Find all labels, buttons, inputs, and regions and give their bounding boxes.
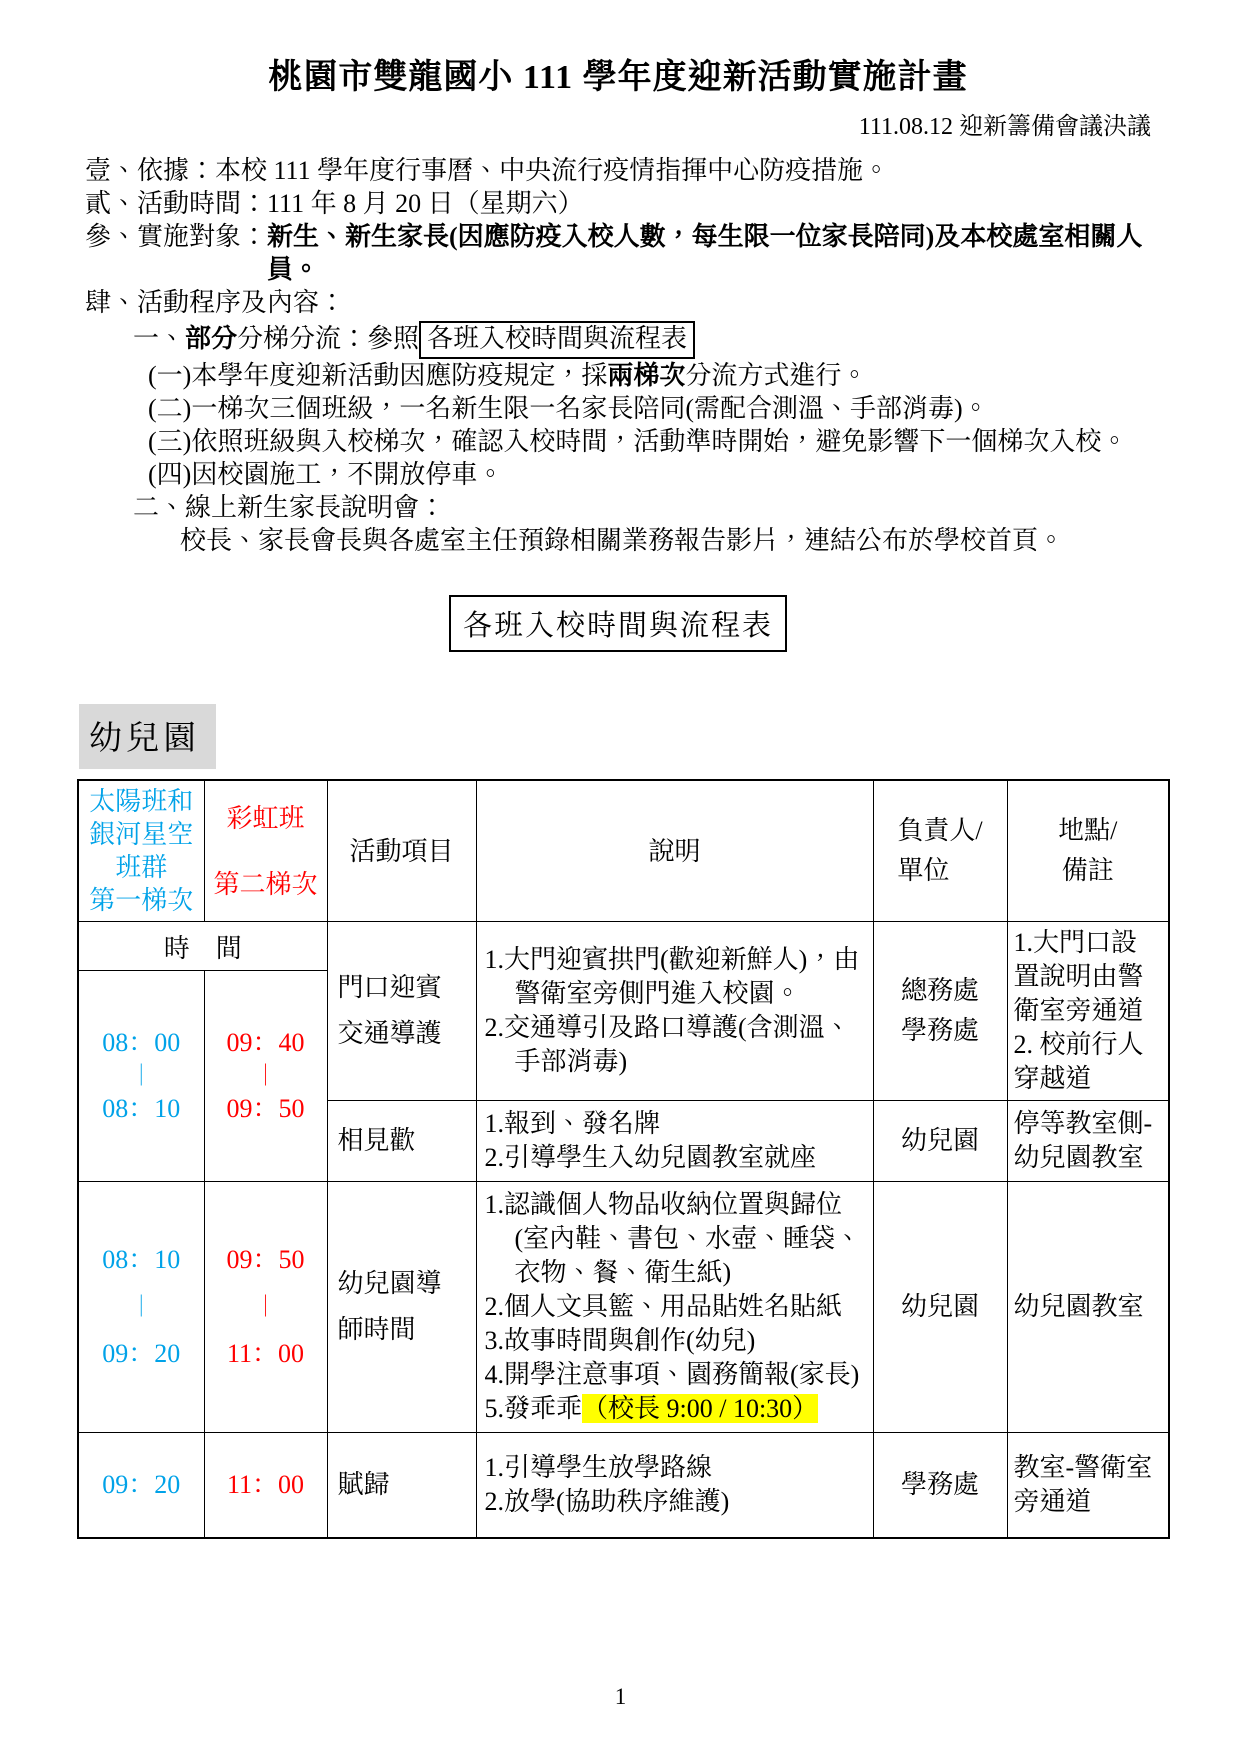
- outline-sub1-a-tail: 分流方式進行。: [685, 361, 867, 390]
- activity-cell-return: 賦歸: [327, 1433, 476, 1538]
- time-cell-slot1-batch1: 08：00 ｜ 08：10: [78, 971, 204, 1182]
- time-start: 09：50: [226, 1245, 304, 1274]
- desc-item: 1.報到、發名牌: [485, 1107, 867, 1141]
- outline-sub1-a: (一)本學年度迎新活動因應防疫規定，採兩梯次分流方式進行。: [148, 359, 1151, 392]
- desc-item: 4.開學注意事項、園務簡報(家長): [485, 1358, 867, 1392]
- teacher-time-row: 08：10 ｜ 09：20 09：50 ｜ 11：00 幼兒園導師時間 1.認識…: [78, 1182, 1169, 1433]
- time-end: 09：50: [226, 1094, 304, 1123]
- outline-sub1-number: 一、: [133, 324, 185, 353]
- outline-item-target-text: 新生、新生家長(因應防疫入校人數，每生限一位家長陪同)及本校處室相關人員。: [267, 222, 1142, 284]
- table-header-row: 太陽班和銀河星空班群 第一梯次 彩虹班 第二梯次 活動項目 說明 負責人/單位 …: [78, 780, 1169, 922]
- outline-sub1-b: (二)一梯次三個班級，一名新生限一名家長陪同(需配合測溫、手部消毒)。: [148, 392, 1151, 425]
- header-location-line2: 備註: [1062, 856, 1114, 885]
- batch2-classes: 彩虹班: [211, 802, 321, 835]
- location-cell-return: 教室-警衛室旁通道: [1007, 1433, 1169, 1538]
- header-batch2-cell: 彩虹班 第二梯次: [204, 780, 327, 922]
- header-activity-cell: 活動項目: [327, 780, 476, 922]
- return-row: 09：20 11：00 賦歸 1.引導學生放學路線 2.放學(協助秩序維護) 學…: [78, 1433, 1169, 1538]
- flow-table-reference-box: 各班入校時間與流程表: [419, 321, 695, 359]
- time-cell-slot3-batch2: 11：00: [204, 1433, 327, 1538]
- time-start: 08：00: [102, 1028, 180, 1057]
- batch2-wave: 第二梯次: [213, 870, 317, 899]
- location-line: 1.大門口設置說明由警衛室旁通道: [1014, 926, 1163, 1028]
- time-end: 09：20: [102, 1339, 180, 1368]
- outline-item-target: 參、實施對象：新生、新生家長(因應防疫入校人數，每生限一位家長陪同)及本校處室相…: [85, 220, 1151, 286]
- header-location-line1: 地點/: [1058, 816, 1117, 845]
- outline-sub1-bold: 部分: [185, 324, 237, 353]
- header-batch1-cell: 太陽班和銀河星空班群 第一梯次: [78, 780, 204, 922]
- desc-item: 1.引導學生放學路線: [485, 1451, 867, 1485]
- desc-item: 2.交通導引及路口導護(含測溫、手部消毒): [485, 1011, 867, 1079]
- time-separator: ｜: [205, 1292, 327, 1322]
- header-description-cell: 說明: [476, 780, 873, 922]
- description-cell-meet: 1.報到、發名牌 2.引導學生入幼兒園教室就座: [476, 1101, 873, 1182]
- activity-cell-gate: 門口迎賓交通導護: [327, 922, 476, 1101]
- owner-cell-gate: 總務處 學務處: [873, 922, 1007, 1101]
- description-cell-gate: 1.大門迎賓拱門(歡迎新鮮人)，由警衛室旁側門進入校園。 2.交通導引及路口導護…: [476, 922, 873, 1101]
- header-location-cell: 地點/ 備註: [1007, 780, 1169, 922]
- time-cell-slot2-batch1: 08：10 ｜ 09：20: [78, 1182, 204, 1433]
- kindergarten-heading: 幼兒園: [79, 704, 216, 769]
- desc-item-highlighted: 5.發乖乖（校長 9:00 / 10:30）: [485, 1392, 867, 1426]
- outline-item-time: 貳、活動時間：111 年 8 月 20 日（星期六）: [85, 187, 1151, 220]
- outline-item-target-label: 參、實施對象：: [85, 222, 267, 251]
- outline-item-program: 肆、活動程序及內容：: [85, 286, 1151, 319]
- page-title: 桃園市雙龍國小 111 學年度迎新活動實施計畫: [85, 56, 1151, 100]
- outline-sub1-d: (四)因校園施工，不開放停車。: [148, 458, 1151, 491]
- location-cell-meet: 停等教室側-幼兒園教室: [1007, 1101, 1169, 1182]
- time-start: 08：10: [102, 1245, 180, 1274]
- desc-item: 2.個人文具籃、用品貼姓名貼紙: [485, 1290, 867, 1324]
- location-cell-teacher: 幼兒園教室: [1007, 1182, 1169, 1433]
- activity-cell-teacher: 幼兒園導師時間: [327, 1182, 476, 1433]
- time-start: 09：40: [226, 1028, 304, 1057]
- outline-sub1-a-bold: 兩梯次: [607, 361, 685, 390]
- time-separator: ｜: [79, 1061, 204, 1091]
- outline-sub2-text: 校長、家長會長與各處室主任預錄相關業務報告影片，連結公布於學校首頁。: [180, 524, 1151, 557]
- outline-sub1-text: 分梯分流：參照: [237, 324, 419, 353]
- desc-item: 1.認識個人物品收納位置與歸位(室內鞋、書包、水壺、睡袋、衣物、餐、衛生紙): [485, 1188, 867, 1290]
- activity-cell-meet: 相見歡: [327, 1101, 476, 1182]
- principal-time-highlight: （校長 9:00 / 10:30）: [582, 1394, 818, 1423]
- outline-sub2: 二、線上新生家長說明會：: [133, 491, 1151, 524]
- header-owner-line1: 負責人/: [897, 816, 982, 845]
- header-owner-line2: 單位: [897, 856, 949, 885]
- desc-item: 3.故事時間與創作(幼兒): [485, 1324, 867, 1358]
- time-cell-slot2-batch2: 09：50 ｜ 11：00: [204, 1182, 327, 1433]
- schedule-table-title: 各班入校時間與流程表: [449, 595, 787, 652]
- page-number: 1: [0, 1684, 1241, 1710]
- time-separator: ｜: [205, 1061, 327, 1091]
- owner-cell-teacher: 幼兒園: [873, 1182, 1007, 1433]
- schedule-title-wrap: 各班入校時間與流程表: [85, 595, 1151, 652]
- desc-item-prefix: 5.發乖乖: [485, 1394, 583, 1423]
- time-label-row: 時 間 門口迎賓交通導護 1.大門迎賓拱門(歡迎新鮮人)，由警衛室旁側門進入校園…: [78, 922, 1169, 971]
- desc-item: 1.大門迎賓拱門(歡迎新鮮人)，由警衛室旁側門進入校園。: [485, 943, 867, 1011]
- location-line: 2. 校前行人穿越道: [1014, 1028, 1163, 1096]
- time-cell-slot1-batch2: 09：40 ｜ 09：50: [204, 971, 327, 1182]
- time-end: 08：10: [102, 1094, 180, 1123]
- header-owner-cell: 負責人/單位: [873, 780, 1007, 922]
- owner-cell-return: 學務處: [873, 1433, 1007, 1538]
- desc-item: 2.放學(協助秩序維護): [485, 1485, 867, 1519]
- location-cell-gate: 1.大門口設置說明由警衛室旁通道 2. 校前行人穿越道: [1007, 922, 1169, 1101]
- schedule-table: 太陽班和銀河星空班群 第一梯次 彩虹班 第二梯次 活動項目 說明 負責人/單位 …: [77, 779, 1170, 1539]
- time-label-cell: 時 間: [78, 922, 327, 971]
- meeting-note: 111.08.12 迎新籌備會議決議: [85, 112, 1151, 142]
- desc-item: 2.引導學生入幼兒園教室就座: [485, 1141, 867, 1175]
- owner-line: 學務處: [874, 1011, 1007, 1051]
- time-separator: ｜: [79, 1292, 204, 1322]
- outline-sub1-a-text: (一)本學年度迎新活動因應防疫規定，採: [148, 361, 607, 390]
- outline-sub1: 一、部分分梯分流：參照各班入校時間與流程表: [133, 319, 1151, 359]
- time-cell-slot3-batch1: 09：20: [78, 1433, 204, 1538]
- batch1-wave: 第一梯次: [89, 886, 193, 915]
- description-cell-teacher: 1.認識個人物品收納位置與歸位(室內鞋、書包、水壺、睡袋、衣物、餐、衛生紙) 2…: [476, 1182, 873, 1433]
- owner-line: 總務處: [874, 971, 1007, 1011]
- document-page: 桃園市雙龍國小 111 學年度迎新活動實施計畫 111.08.12 迎新籌備會議…: [0, 0, 1241, 1755]
- outline-sub1-c: (三)依照班級與入校梯次，確認入校時間，活動準時開始，避免影響下一個梯次入校。: [148, 425, 1151, 458]
- owner-cell-meet: 幼兒園: [873, 1101, 1007, 1182]
- outline-item-basis: 壹、依據：本校 111 學年度行事曆、中央流行疫情指揮中心防疫措施。: [85, 154, 1151, 187]
- description-cell-return: 1.引導學生放學路線 2.放學(協助秩序維護): [476, 1433, 873, 1538]
- time-end: 11：00: [227, 1339, 304, 1368]
- outline: 壹、依據：本校 111 學年度行事曆、中央流行疫情指揮中心防疫措施。 貳、活動時…: [85, 154, 1151, 557]
- batch1-classes: 太陽班和銀河星空班群: [89, 787, 193, 882]
